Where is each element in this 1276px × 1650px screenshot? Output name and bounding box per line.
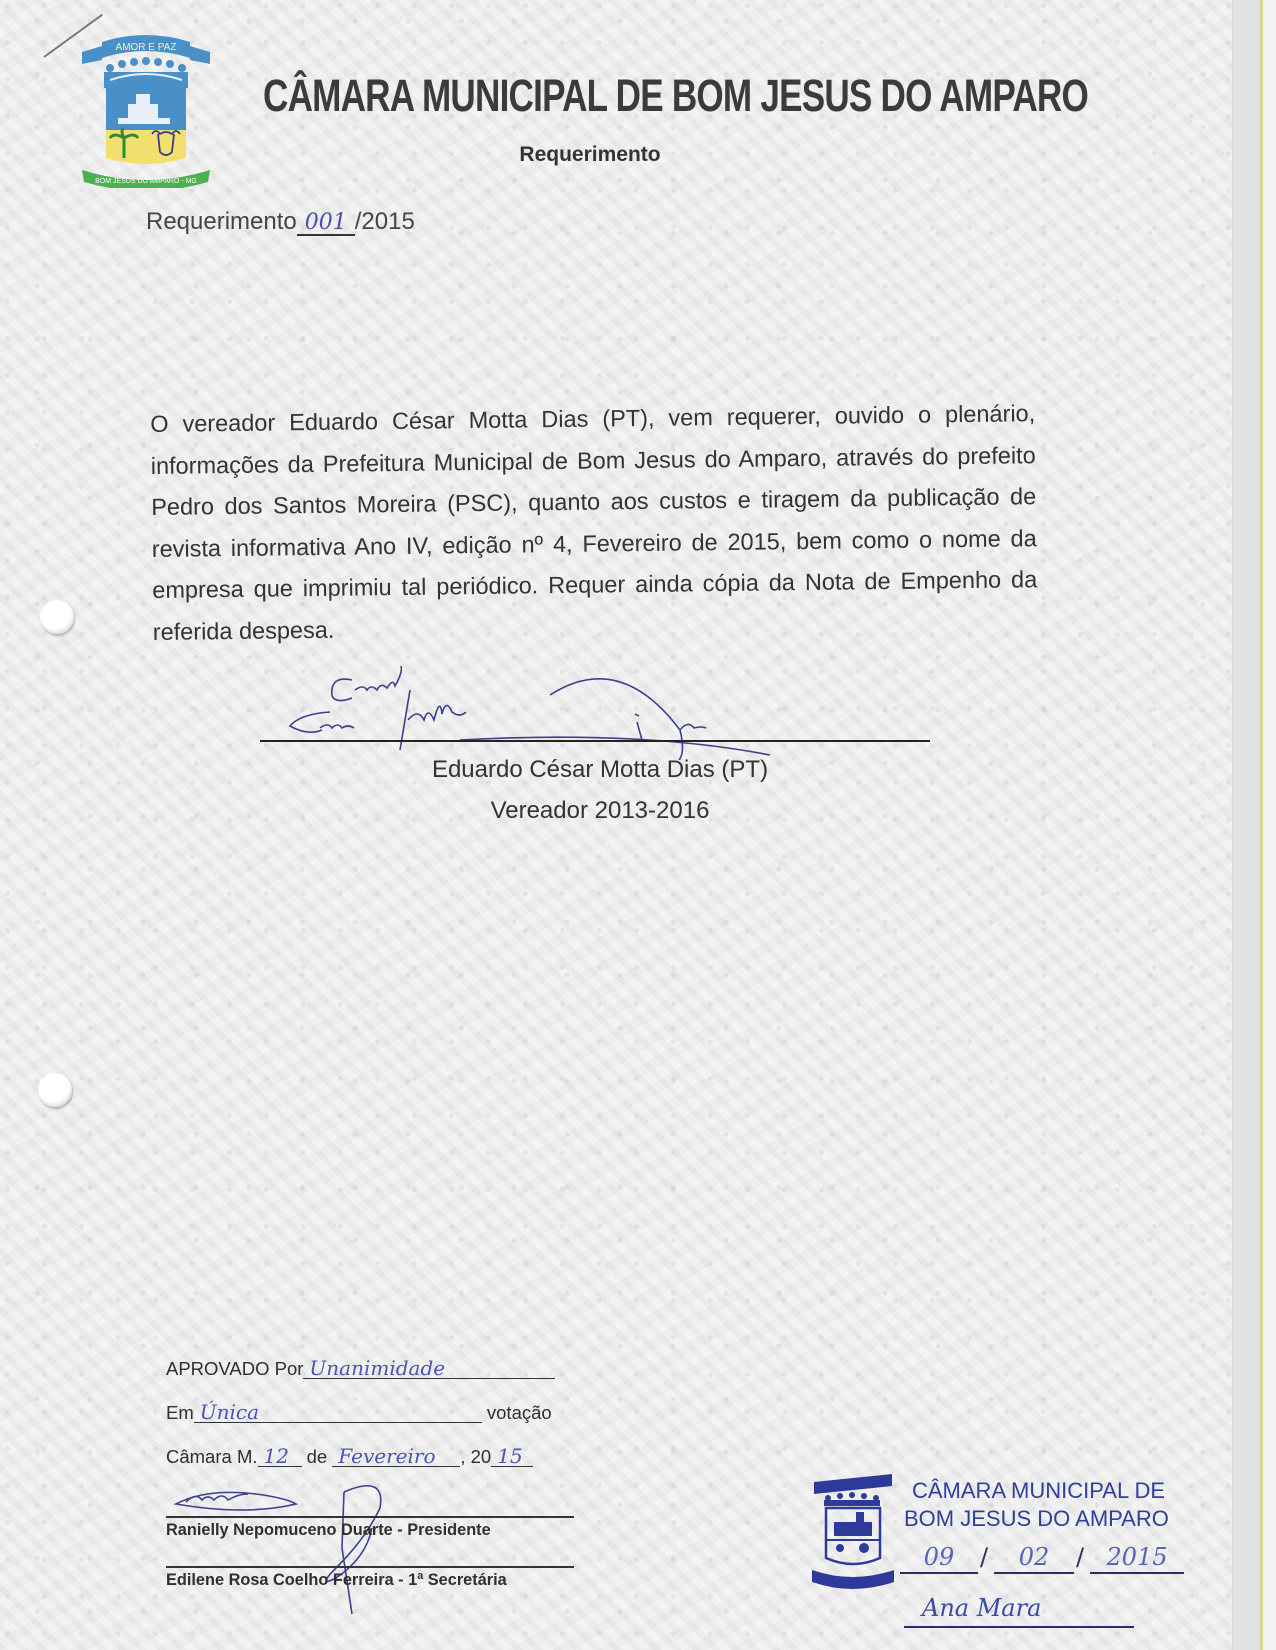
in-label: Em (166, 1402, 194, 1423)
reception-stamp: CÂMARA MUNICIPAL DE BOM JESUS DO AMPARO … (812, 1472, 1192, 1642)
of-label: de (307, 1446, 328, 1467)
voting-round-value: Única (194, 1402, 482, 1423)
approved-by-label: APROVADO Por (166, 1358, 303, 1379)
punch-hole (40, 600, 74, 634)
coat-of-arms-icon: AMOR E PAZ BOM JESUS DO AMPARO - MG (80, 30, 212, 188)
punch-hole (38, 1073, 72, 1107)
secretary-name: Edilene Rosa Coelho Ferreira - 1ª Secret… (166, 1570, 507, 1590)
signature-line (260, 740, 930, 742)
page-edge-outer (1263, 0, 1276, 1650)
stamp-date-separator: / (1076, 1542, 1084, 1572)
stamp-date: 09 / 02 / 2015 (900, 1542, 1185, 1576)
month-value: Fevereiro (332, 1446, 460, 1467)
svg-text:BOM JESUS DO AMPARO - MG: BOM JESUS DO AMPARO - MG (95, 178, 197, 185)
request-number-value: 001 (297, 212, 355, 236)
page-title: CÂMARA MUNICIPAL DE BOM JESUS DO AMPARO (263, 70, 1137, 122)
receiver-signature-text: Ana Mara (922, 1594, 1041, 1622)
document-type-heading: Requerimento (500, 143, 680, 167)
stamp-date-day: 09 (900, 1542, 978, 1574)
request-number-label: Requerimento (146, 208, 297, 235)
stamp-line-1: CÂMARA MUNICIPAL DE (912, 1478, 1165, 1504)
year-prefix: , 20 (460, 1446, 491, 1467)
receiver-signature-line (904, 1626, 1134, 1628)
signer-role: Vereador 2013-2016 (300, 797, 900, 825)
stamp-coat-of-arms-icon (812, 1472, 894, 1590)
president-signature-line (166, 1516, 574, 1518)
secretary-signature-line (166, 1566, 574, 1568)
svg-text:AMOR E PAZ: AMOR E PAZ (116, 42, 177, 53)
request-number: Requerimento001/2015 (146, 208, 415, 236)
president-signature (166, 1468, 586, 1618)
vote-label: votação (487, 1402, 552, 1423)
page-edge-strip (1232, 0, 1261, 1650)
approved-by-row: APROVADO PorUnanimidade (166, 1358, 555, 1380)
chamber-label: Câmara M. (166, 1446, 258, 1467)
stamp-date-year: 2015 (1090, 1542, 1184, 1574)
request-body-paragraph: O vereador Eduardo César Motta Dias (PT)… (150, 393, 1038, 653)
president-name: Ranielly Nepomuceno Duarte - Presidente (166, 1520, 491, 1540)
signer-name: Eduardo César Motta Dias (PT) (300, 756, 900, 784)
handwritten-signature (260, 660, 940, 760)
request-year: /2015 (355, 208, 415, 235)
voting-row: EmÚnica votação (166, 1402, 552, 1424)
approved-by-value: Unanimidade (303, 1358, 555, 1379)
stamp-date-month: 02 (994, 1542, 1074, 1574)
date-row: Câmara M.12 de Fevereiro, 2015 (166, 1446, 533, 1468)
year-value: 15 (491, 1446, 533, 1467)
stamp-date-separator: / (980, 1542, 988, 1572)
stamp-line-2: BOM JESUS DO AMPARO (904, 1506, 1169, 1532)
day-value: 12 (258, 1446, 302, 1467)
receiver-signature: Ana Mara (904, 1592, 1174, 1632)
